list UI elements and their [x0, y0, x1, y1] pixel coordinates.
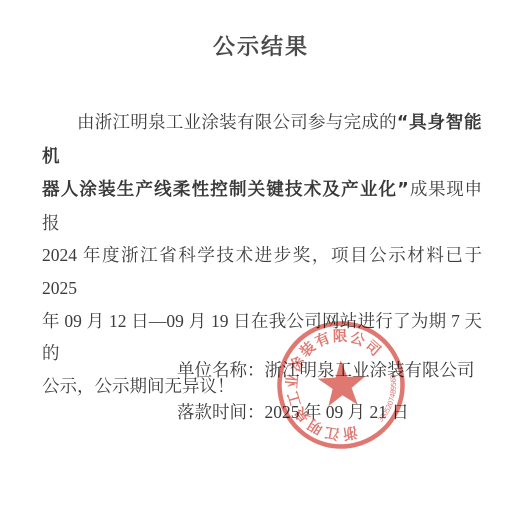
unit-name-label: 单位名称： [177, 360, 265, 380]
date-value: 2025 年 09 月 21 日 [265, 402, 409, 422]
unit-name-line: 单位名称：浙江明泉工业涂装有限公司 [177, 358, 475, 382]
page-title: 公示结果 [0, 30, 522, 61]
date-line: 落款时间：2025 年 09 月 21 日 [177, 400, 409, 424]
paragraph-line: 由浙江明泉工业涂装有限公司参与完成的“具身智能机 [42, 106, 482, 173]
paragraph-line: 器人涂装生产线柔性控制关键技术及产业化”成果现申报 [42, 173, 482, 239]
unit-name-value: 浙江明泉工业涂装有限公司 [265, 360, 475, 380]
paragraph-bold-segment: 器人涂装生产线柔性控制关键技术及产业化” [42, 180, 409, 200]
paragraph-line: 2024 年度浙江省科学技术进步奖，项目公示材料已于 2025 [42, 239, 482, 304]
paragraph-segment: 年 09 月 12 日—09 月 19 日在我公司网站进行了为期 7 天的 [42, 311, 482, 364]
paragraph-segment: 2024 年度浙江省科学技术进步奖，项目公示材料已于 2025 [42, 245, 482, 298]
announcement-document: 公示结果 由浙江明泉工业涂装有限公司参与完成的“具身智能机器人涂装生产线柔性控制… [0, 0, 522, 513]
date-label: 落款时间： [177, 402, 265, 422]
paragraph-segment: 由浙江明泉工业涂装有限公司参与完成的 [77, 112, 397, 132]
